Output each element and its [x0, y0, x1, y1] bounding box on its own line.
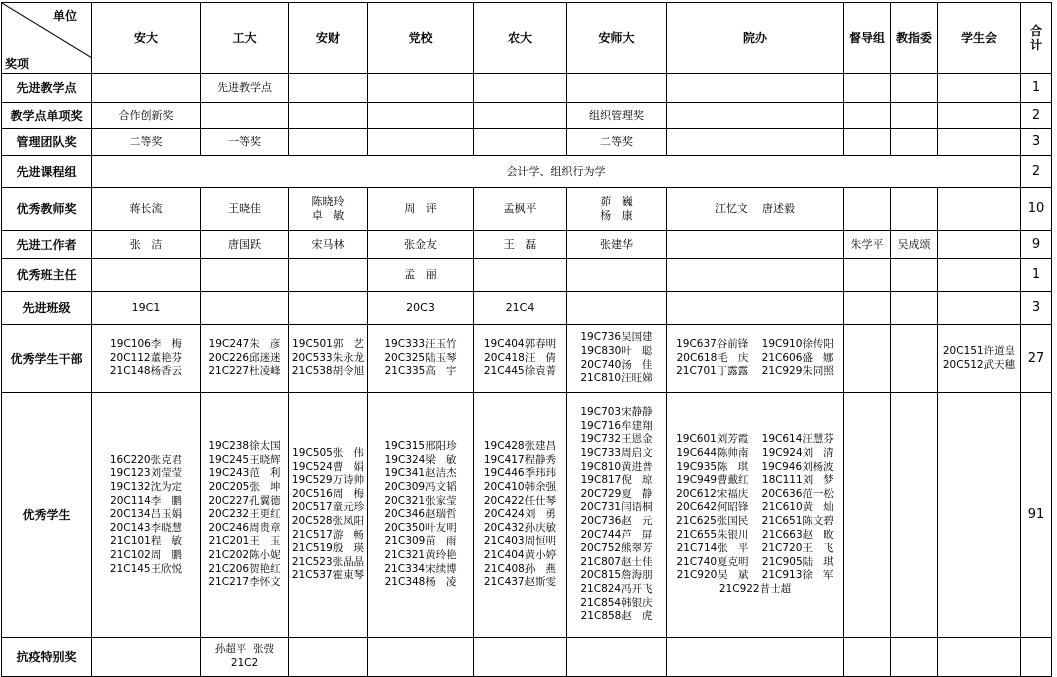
- table-cell: 19C1: [92, 292, 201, 325]
- table-cell: [891, 259, 938, 292]
- table-cell: [368, 638, 474, 663]
- table-cell: 16C220张克君 19C123刘莹莹 19C132沈为定 20C114李 鹏 …: [92, 393, 201, 638]
- col-header: 教指委: [891, 3, 938, 74]
- table-row: 先进班级19C120C321C43: [2, 292, 1052, 325]
- table-cell: [667, 129, 844, 156]
- row-total: 91: [1021, 393, 1052, 638]
- table-cell: 张 洁: [92, 231, 201, 259]
- table-cell: 19C404郭春明 20C418汪 倩 21C445徐袁菁: [474, 325, 567, 393]
- col-header: 安大: [92, 3, 201, 74]
- table-cell: [289, 638, 368, 663]
- col-header: 工大: [201, 3, 289, 74]
- table-cell: 19C238徐太国 19C245王晓辉 19C243范 利 20C205张 坤 …: [201, 393, 289, 638]
- row-total: 3: [1021, 129, 1052, 156]
- table-cell: [567, 259, 667, 292]
- table-row: 抗疫特别奖孙超平 张弢 21C2: [2, 638, 1052, 663]
- table-cell: 19C703宋静静 19C716牟建翔 19C732王恩金 19C733周启文 …: [567, 393, 667, 638]
- table-cell: 组织管理奖: [567, 103, 667, 129]
- row-header: 管理团队奖: [2, 129, 92, 156]
- table-cell: 张金友: [368, 231, 474, 259]
- table-row: 先进课程组会计学、组织行为学2: [2, 156, 1052, 188]
- table-cell: 21C4: [474, 292, 567, 325]
- row-total: 2: [1021, 103, 1052, 129]
- table-cell: [938, 259, 1021, 292]
- table-cell: [289, 103, 368, 129]
- table-cell: 周 评: [368, 188, 474, 231]
- table-cell: [844, 103, 891, 129]
- table-cell: 一等奖: [201, 129, 289, 156]
- col-header: 学生会: [938, 3, 1021, 74]
- table-cell: [667, 259, 844, 292]
- table-cell: [938, 103, 1021, 129]
- table-cell: 19C428张建昌 19C417程静秀 19C446季玮玮 20C410韩余强 …: [474, 393, 567, 638]
- table-cell: [201, 292, 289, 325]
- row-header: 优秀教师奖: [2, 188, 92, 231]
- table-cell: [891, 325, 938, 393]
- table-cell: [938, 129, 1021, 156]
- table-cell: 19C601刘芳霞 19C614汪慧芬 19C644陈帅南 19C924刘 清 …: [667, 393, 844, 638]
- table-cell: 孟枫平: [474, 188, 567, 231]
- table-cell: [844, 393, 891, 638]
- col-header: 农大: [474, 3, 567, 74]
- table-row: 先进工作者张 洁唐国跃宋马林张金友王 磊张建华朱学平吴成颂9: [2, 231, 1052, 259]
- row-header: 优秀学生干部: [2, 325, 92, 393]
- unit-label: 单位: [53, 9, 77, 23]
- table-cell: [474, 129, 567, 156]
- table-cell: [289, 74, 368, 103]
- table-cell: 唐国跃: [201, 231, 289, 259]
- table-cell: [891, 129, 938, 156]
- table-cell: 二等奖: [567, 129, 667, 156]
- awards-table: 单位 奖项 安大 工大 安财 党校 农大 安师大 院办 督导组 教指委 学生会 …: [1, 2, 1052, 662]
- row-header: 先进班级: [2, 292, 92, 325]
- table-cell: [474, 259, 567, 292]
- table-cell: [368, 103, 474, 129]
- row-header: 抗疫特别奖: [2, 638, 92, 663]
- row-header: 先进课程组: [2, 156, 92, 188]
- table-cell: 茆 巍 杨 康: [567, 188, 667, 231]
- table-cell: [938, 638, 1021, 663]
- table-cell: 19C505张 伟 19C524曹 娟 19C529万诗帅 20C516周 梅 …: [289, 393, 368, 638]
- table-row: 优秀学生16C220张克君 19C123刘莹莹 19C132沈为定 20C114…: [2, 393, 1052, 638]
- row-total: 9: [1021, 231, 1052, 259]
- table-row: 先进教学点先进教学点1: [2, 74, 1052, 103]
- table-row: 优秀学生干部19C106李 梅 20C112董艳芬 21C148杨香云19C24…: [2, 325, 1052, 393]
- table-cell: [289, 259, 368, 292]
- table-cell: [92, 259, 201, 292]
- row-total: 1: [1021, 74, 1052, 103]
- table-cell: [667, 292, 844, 325]
- row-total: 2: [1021, 156, 1052, 188]
- table-cell: [938, 231, 1021, 259]
- table-cell: [844, 259, 891, 292]
- table-cell: [567, 638, 667, 663]
- table-cell: [844, 74, 891, 103]
- table-cell: [289, 129, 368, 156]
- table-cell: [667, 103, 844, 129]
- table-cell: [891, 393, 938, 638]
- table-cell: 孟 丽: [368, 259, 474, 292]
- table-cell: 王晓佳: [201, 188, 289, 231]
- corner-cell: 单位 奖项: [2, 3, 92, 74]
- table-row: 优秀班主任孟 丽1: [2, 259, 1052, 292]
- table-cell: 19C247朱 彦 20C226邱迷迷 21C227杜凌峰: [201, 325, 289, 393]
- col-header: 安财: [289, 3, 368, 74]
- table-cell: [201, 103, 289, 129]
- table-row: 管理团队奖二等奖一等奖二等奖3: [2, 129, 1052, 156]
- table-row: 优秀教师奖蒋长流王晓佳陈晓玲 卓 敏周 评孟枫平茆 巍 杨 康江忆文 唐述毅10: [2, 188, 1052, 231]
- row-header: 先进教学点: [2, 74, 92, 103]
- col-header: 院办: [667, 3, 844, 74]
- table-cell: [844, 188, 891, 231]
- row-header: 优秀学生: [2, 393, 92, 638]
- table-cell: 19C315邢阳珍 19C324梁 敏 19C341赵洁杰 20C309冯文韬 …: [368, 393, 474, 638]
- table-cell: 先进教学点: [201, 74, 289, 103]
- table-cell: 蒋长流: [92, 188, 201, 231]
- row-total: 10: [1021, 188, 1052, 231]
- table-cell: 20C151许道皇 20C512武天穗: [938, 325, 1021, 393]
- row-header: 优秀班主任: [2, 259, 92, 292]
- table-cell: 宋马林: [289, 231, 368, 259]
- table-cell: 19C736吴国建 19C830叶 聪 20C740汤 佳 21C810汪旺娣: [567, 325, 667, 393]
- table-cell: 19C637谷前锋 19C910徐传阳 20C618毛 庆 21C606盛 娜 …: [667, 325, 844, 393]
- table-cell: 19C106李 梅 20C112董艳芬 21C148杨香云: [92, 325, 201, 393]
- table-row: 教学点单项奖合作创新奖组织管理奖2: [2, 103, 1052, 129]
- table-cell: [201, 259, 289, 292]
- table-cell: [844, 638, 891, 663]
- table-cell: [891, 638, 938, 663]
- table-cell: 孙超平 张弢 21C2: [201, 638, 289, 663]
- col-header: 安师大: [567, 3, 667, 74]
- table-cell: [938, 292, 1021, 325]
- table-cell: 19C333汪玉竹 20C325陆玉琴 21C335高 宇: [368, 325, 474, 393]
- table-cell: 二等奖: [92, 129, 201, 156]
- table-cell: [474, 638, 567, 663]
- table-cell: [474, 74, 567, 103]
- table-cell: [474, 103, 567, 129]
- table-cell: [92, 74, 201, 103]
- diagonal-divider: [2, 3, 92, 58]
- table-cell: 20C3: [368, 292, 474, 325]
- table-cell: [938, 393, 1021, 638]
- row-total: 3: [1021, 292, 1052, 325]
- table-cell: 张建华: [567, 231, 667, 259]
- header-row: 单位 奖项 安大 工大 安财 党校 农大 安师大 院办 督导组 教指委 学生会 …: [2, 3, 1052, 74]
- row-header: 教学点单项奖: [2, 103, 92, 129]
- table-cell: 朱学平: [844, 231, 891, 259]
- row-header: 先进工作者: [2, 231, 92, 259]
- table-cell: [567, 292, 667, 325]
- table-cell: [289, 292, 368, 325]
- table-cell: 合作创新奖: [92, 103, 201, 129]
- table-cell: [567, 74, 667, 103]
- table-cell: 19C501郭 艺 20C533朱永龙 21C538胡令旭: [289, 325, 368, 393]
- table-cell: [938, 188, 1021, 231]
- table-cell: [891, 103, 938, 129]
- row-total: [1021, 638, 1052, 663]
- award-label: 奖项: [5, 57, 29, 71]
- table-cell: [368, 129, 474, 156]
- col-header: 党校: [368, 3, 474, 74]
- table-cell: [844, 325, 891, 393]
- table-cell: [938, 74, 1021, 103]
- table-cell: 江忆文 唐述毅: [667, 188, 844, 231]
- col-header: 督导组: [844, 3, 891, 74]
- table-cell: 王 磊: [474, 231, 567, 259]
- col-header-total: 合 计: [1021, 3, 1052, 74]
- table-cell: [891, 292, 938, 325]
- table-cell: [667, 74, 844, 103]
- table-cell: [667, 638, 844, 663]
- table-cell: [368, 74, 474, 103]
- table-cell: 陈晓玲 卓 敏: [289, 188, 368, 231]
- table-cell: [844, 129, 891, 156]
- row-total: 1: [1021, 259, 1052, 292]
- table-cell: 吴成颂: [891, 231, 938, 259]
- table-cell: [667, 231, 844, 259]
- table-cell: [92, 638, 201, 663]
- row-total: 27: [1021, 325, 1052, 393]
- merged-cell: 会计学、组织行为学: [92, 156, 1021, 188]
- table-cell: [891, 188, 938, 231]
- table-cell: [844, 292, 891, 325]
- table-cell: [891, 74, 938, 103]
